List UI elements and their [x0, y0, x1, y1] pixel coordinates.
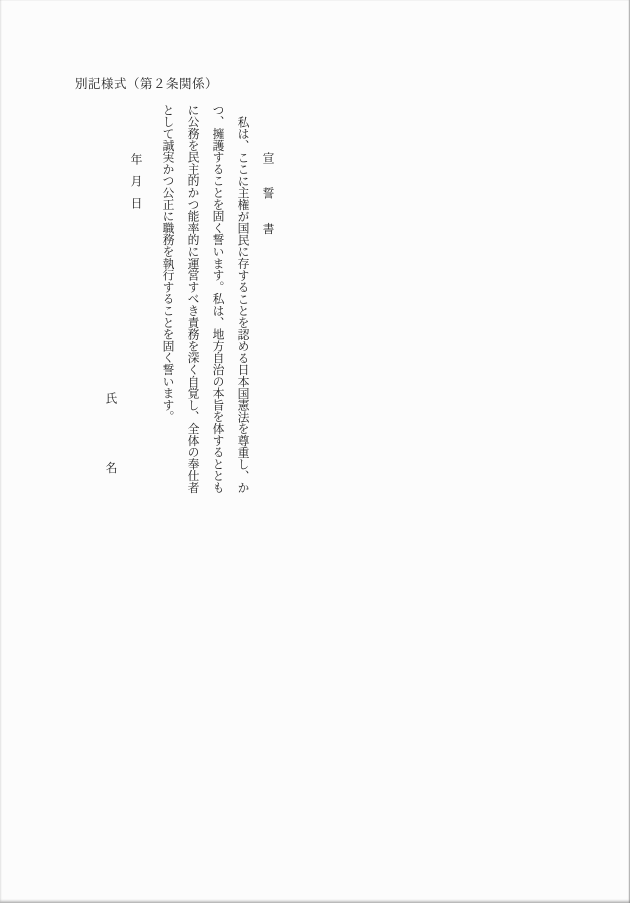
- name-field-label: 氏名: [98, 104, 123, 494]
- oath-body-line-3: に公務を民主的かつ能率的に運営すべき責務を深く自覚し、全体の奉仕者: [180, 104, 205, 494]
- oath-text-block: 宣誓書 私は、ここに主権が国民に存することを認める日本国憲法を尊重し、か つ、擁…: [97, 104, 280, 494]
- oath-body-line-4: として誠実かつ公正に職務を執行することを固く誓います。: [155, 104, 180, 494]
- date-field-label: 年月日: [123, 104, 148, 494]
- oath-body-line-2: つ、擁護することを固く誓います。私は、地方自治の本旨を体するととも: [205, 104, 230, 494]
- oath-body-line-1: 私は、ここに主権が国民に存することを認める日本国憲法を尊重し、か: [230, 104, 255, 494]
- oath-document-page: 別記様式（第２条関係） 宣誓書 私は、ここに主権が国民に存することを認める日本国…: [0, 0, 630, 903]
- form-reference-label: 別記様式（第２条関係）: [75, 76, 218, 92]
- document-title: 宣誓書: [255, 104, 280, 494]
